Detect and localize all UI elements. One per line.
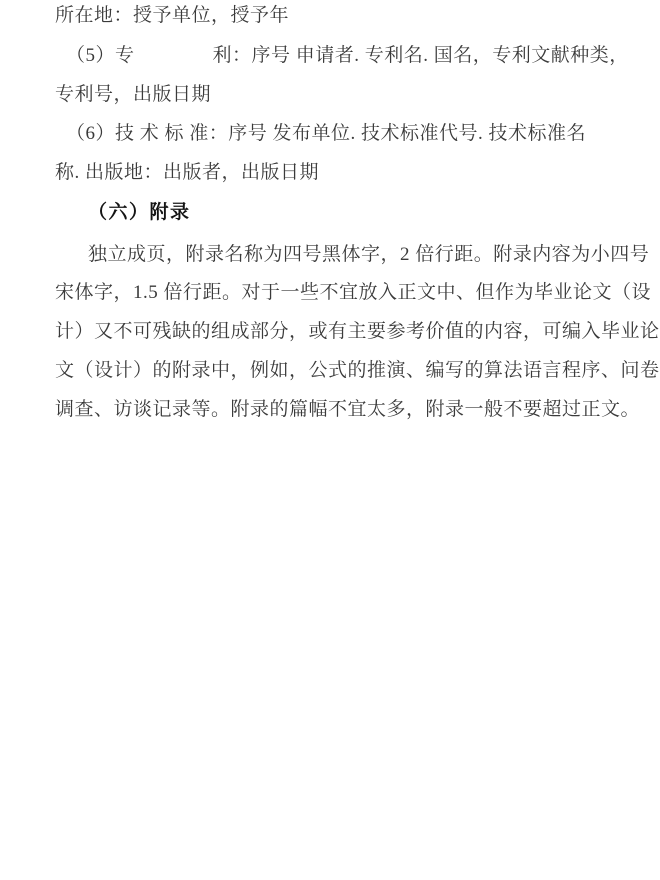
reference-item-standard-line-2: 称. 出版地：出版者，出版日期 (55, 160, 319, 186)
appendix-body-line-4: 文（设计）的附录中，例如，公式的推演、编写的算法语言程序、问卷 (55, 358, 660, 384)
reference-item-patent-line-1: （5）专 利：序号 申请者. 专利名. 国名，专利文献种类， (66, 43, 629, 69)
appendix-body-line-5: 调查、访谈记录等。附录的篇幅不宜太多，附录一般不要超过正文。 (55, 397, 640, 423)
appendix-body-line-1: 独立成页，附录名称为四号黑体字，2 倍行距。附录内容为小四号 (88, 242, 649, 268)
reference-item-standard-line-1: （6）技 术 标 准：序号 发布单位. 技术标准代号. 技术标准名 (66, 121, 586, 147)
appendix-body-line-3: 计）又不可残缺的组成部分，或有主要参考价值的内容，可编入毕业论 (55, 319, 660, 345)
reference-continuation-line: 所在地：授予单位，授予年 (55, 3, 289, 29)
appendix-body-line-2: 宋体字，1.5 倍行距。对于一些不宜放入正文中、但作为毕业论文（设 (55, 280, 651, 306)
appendix-section-heading: （六）附录 (88, 200, 191, 226)
reference-item-patent-line-2: 专利号，出版日期 (55, 82, 211, 108)
document-page: 所在地：授予单位，授予年 （5）专 利：序号 申请者. 专利名. 国名，专利文献… (0, 0, 660, 880)
